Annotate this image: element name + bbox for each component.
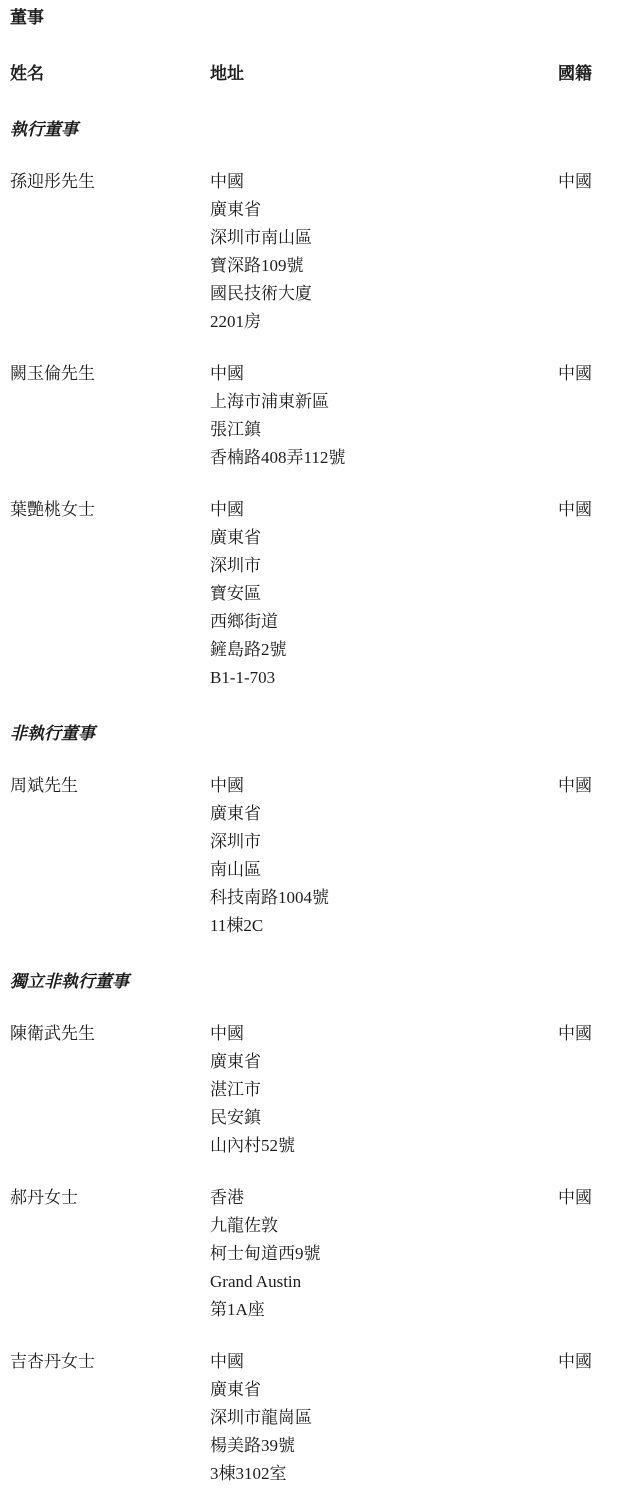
address-line: 中國 (210, 772, 558, 800)
address-line: 南山區 (210, 856, 558, 884)
address-line: Grand Austin (210, 1268, 558, 1296)
director-address: 中國 廣東省 深圳市 寶安區 西鄉街道 鏟島路2號 B1-1-703 (210, 496, 558, 692)
section-heading-non-executive: 非執行董事 (10, 720, 626, 748)
address-line: 香楠路408弄112號 (210, 444, 558, 472)
address-line: 11棟2C (210, 912, 558, 940)
address-line: 中國 (210, 168, 558, 196)
address-line: 上海市浦東新區 (210, 388, 558, 416)
address-line: 寶深路109號 (210, 252, 558, 280)
column-header-address: 地址 (210, 60, 558, 88)
address-line: 西鄉街道 (210, 608, 558, 636)
column-header-name: 姓名 (10, 60, 210, 88)
director-name: 陳衛武先生 (10, 1020, 210, 1048)
address-line: 中國 (210, 1020, 558, 1048)
address-line: 九龍佐敦 (210, 1212, 558, 1240)
address-line: 寶安區 (210, 580, 558, 608)
address-line: 鏟島路2號 (210, 636, 558, 664)
address-line: 科技南路1004號 (210, 884, 558, 912)
director-nationality: 中國 (558, 360, 626, 388)
director-nationality: 中國 (558, 1348, 626, 1376)
address-line: 香港 (210, 1184, 558, 1212)
director-nationality: 中國 (558, 1020, 626, 1048)
address-line: 湛江市 (210, 1076, 558, 1104)
address-line: 廣東省 (210, 196, 558, 224)
address-line: 柯士甸道西9號 (210, 1240, 558, 1268)
address-line: 中國 (210, 496, 558, 524)
section-heading-executive: 執行董事 (10, 116, 626, 144)
address-line: 廣東省 (210, 1048, 558, 1076)
director-row: 陳衛武先生 中國 廣東省 湛江市 民安鎮 山內村52號 中國 (10, 1020, 626, 1160)
address-line: 深圳市南山區 (210, 224, 558, 252)
director-row: 周斌先生 中國 廣東省 深圳市 南山區 科技南路1004號 11棟2C 中國 (10, 772, 626, 940)
director-address: 中國 廣東省 深圳市龍崗區 楊美路39號 3棟3102室 (210, 1348, 558, 1488)
address-line: 張江鎮 (210, 416, 558, 444)
page-title: 董事 (10, 4, 626, 32)
director-address: 香港 九龍佐敦 柯士甸道西9號 Grand Austin 第1A座 (210, 1184, 558, 1324)
address-line: 廣東省 (210, 1376, 558, 1404)
address-line: 深圳市龍崗區 (210, 1404, 558, 1432)
column-header-nationality: 國籍 (558, 60, 626, 88)
director-nationality: 中國 (558, 1184, 626, 1212)
director-row: 郝丹女士 香港 九龍佐敦 柯士甸道西9號 Grand Austin 第1A座 中… (10, 1184, 626, 1324)
address-line: 深圳市 (210, 828, 558, 856)
address-line: 深圳市 (210, 552, 558, 580)
directors-page: 董事 姓名 地址 國籍 執行董事 孫迎彤先生 中國 廣東省 深圳市南山區 寶深路… (0, 0, 640, 1498)
director-row: 葉艷桃女士 中國 廣東省 深圳市 寶安區 西鄉街道 鏟島路2號 B1-1-703… (10, 496, 626, 692)
director-address: 中國 廣東省 湛江市 民安鎮 山內村52號 (210, 1020, 558, 1160)
director-name: 郝丹女士 (10, 1184, 210, 1212)
address-line: 3棟3102室 (210, 1460, 558, 1488)
director-nationality: 中國 (558, 168, 626, 196)
director-address: 中國 上海市浦東新區 張江鎮 香楠路408弄112號 (210, 360, 558, 472)
address-line: 楊美路39號 (210, 1432, 558, 1460)
section-heading-independent-non-executive: 獨立非執行董事 (10, 968, 626, 996)
address-line: 廣東省 (210, 524, 558, 552)
address-line: 中國 (210, 360, 558, 388)
director-name: 闕玉倫先生 (10, 360, 210, 388)
director-name: 周斌先生 (10, 772, 210, 800)
director-address: 中國 廣東省 深圳市 南山區 科技南路1004號 11棟2C (210, 772, 558, 940)
director-name: 葉艷桃女士 (10, 496, 210, 524)
director-row: 孫迎彤先生 中國 廣東省 深圳市南山區 寶深路109號 國民技術大廈 2201房… (10, 168, 626, 336)
director-name: 吉杏丹女士 (10, 1348, 210, 1376)
director-row: 闕玉倫先生 中國 上海市浦東新區 張江鎮 香楠路408弄112號 中國 (10, 360, 626, 472)
director-nationality: 中國 (558, 496, 626, 524)
address-line: 中國 (210, 1348, 558, 1376)
address-line: 民安鎮 (210, 1104, 558, 1132)
address-line: 國民技術大廈 (210, 280, 558, 308)
director-nationality: 中國 (558, 772, 626, 800)
address-line: B1-1-703 (210, 664, 558, 692)
address-line: 廣東省 (210, 800, 558, 828)
director-address: 中國 廣東省 深圳市南山區 寶深路109號 國民技術大廈 2201房 (210, 168, 558, 336)
address-line: 第1A座 (210, 1296, 558, 1324)
column-header-row: 姓名 地址 國籍 (10, 60, 626, 88)
address-line: 山內村52號 (210, 1132, 558, 1160)
director-name: 孫迎彤先生 (10, 168, 210, 196)
address-line: 2201房 (210, 308, 558, 336)
director-row: 吉杏丹女士 中國 廣東省 深圳市龍崗區 楊美路39號 3棟3102室 中國 (10, 1348, 626, 1488)
